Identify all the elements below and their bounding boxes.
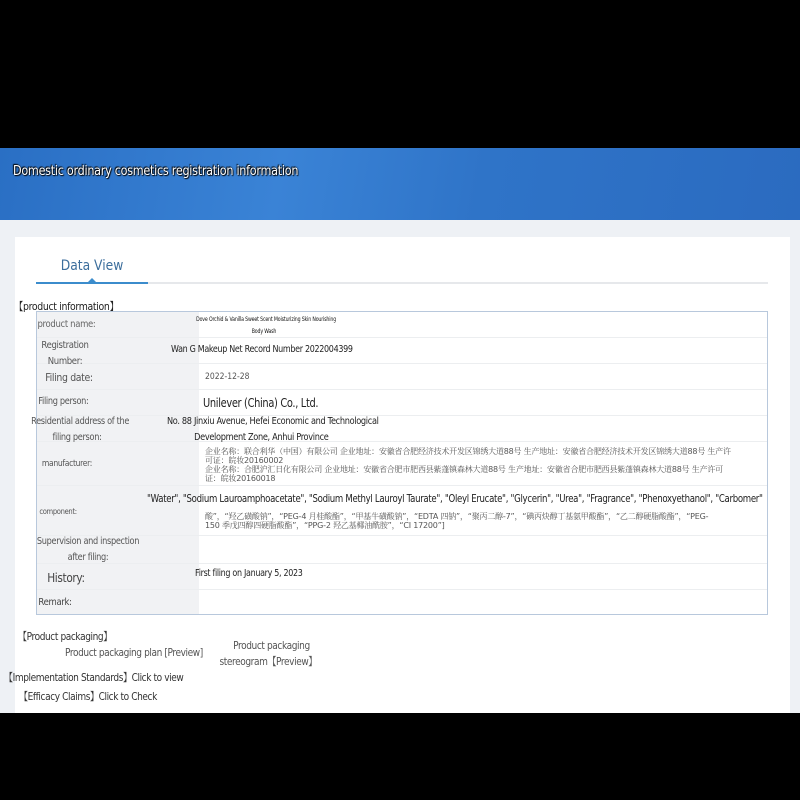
filing-date-value: 2022-12-28 [205, 372, 249, 382]
product-name-label: product name: [38, 317, 89, 333]
table-row: component: "Water", "Sodium Lauroamphoac… [37, 486, 767, 536]
table-row: Filing date: 2022-12-28 [37, 364, 767, 390]
table-row: product name: Dove Orchid & Vanilla Swee… [37, 312, 767, 338]
table-row: Supervision and inspection after filing: [37, 536, 767, 564]
remark-label: Remark: [38, 595, 72, 611]
caret-up-icon [88, 278, 96, 282]
history-label: History: [44, 570, 88, 586]
filing-date-label: Filing date: [44, 370, 95, 386]
implementation-standards-link[interactable]: 【Implementation Standards】Click to view [4, 669, 183, 685]
product-info-table: product name: Dove Orchid & Vanilla Swee… [36, 311, 768, 615]
table-row: Filing person: Unilever (China) Co., Ltd… [37, 390, 767, 416]
table-row: Registration Number: Wan G Makeup Net Re… [37, 338, 767, 364]
efficacy-claims-link[interactable]: 【Efficacy Claims】Click to Check [19, 688, 157, 704]
filing-person-label: Filing person: [38, 394, 86, 410]
component-label: component: [37, 504, 80, 520]
product-name-value: Dove Orchid & Vanilla Sweet Scent Moistu… [177, 314, 351, 338]
product-packaging-heading: 【Product packaging】 [18, 628, 112, 644]
header-banner: Domestic ordinary cosmetics registration… [0, 148, 800, 220]
supervision-label: Supervision and inspection after filing: [35, 534, 142, 566]
manufacturer-value: 企业名称：联合利华（中国）有限公司 企业地址：安徽省合肥经济技术开发区锦绣大道8… [205, 447, 731, 483]
table-row: History: First filing on January 5, 2023 [37, 564, 767, 590]
filing-person-value: Unilever (China) Co., Ltd. [203, 396, 318, 410]
active-tab-indicator [36, 282, 148, 284]
table-row: Remark: [37, 590, 767, 614]
manufacturer-label: manufacturer: [40, 456, 94, 472]
packaging-stereogram-preview-link[interactable]: Product packaging stereogram【Preview】 [226, 638, 317, 670]
component-value-cn: 酸”，“羟乙磺酸钠”，“PEG-4 月桂酸酯”，“甲基牛磺酸钠”，“EDTA 四… [205, 512, 715, 530]
table-row: manufacturer: 企业名称：联合利华（中国）有限公司 企业地址：安徽省… [37, 442, 767, 486]
component-value-en: "Water", "Sodium Lauroamphoacetate", "So… [147, 492, 763, 505]
page-title: Domestic ordinary cosmetics registration… [13, 164, 298, 179]
tab-bar: Data View [36, 258, 768, 284]
registration-number-value: Wan G Makeup Net Record Number 202200439… [171, 344, 353, 355]
packaging-plan-preview-link[interactable]: Product packaging plan [Preview] [65, 646, 203, 659]
history-value: First filing on January 5, 2023 [195, 568, 303, 579]
table-row: Residential address of the filing person… [37, 416, 767, 442]
